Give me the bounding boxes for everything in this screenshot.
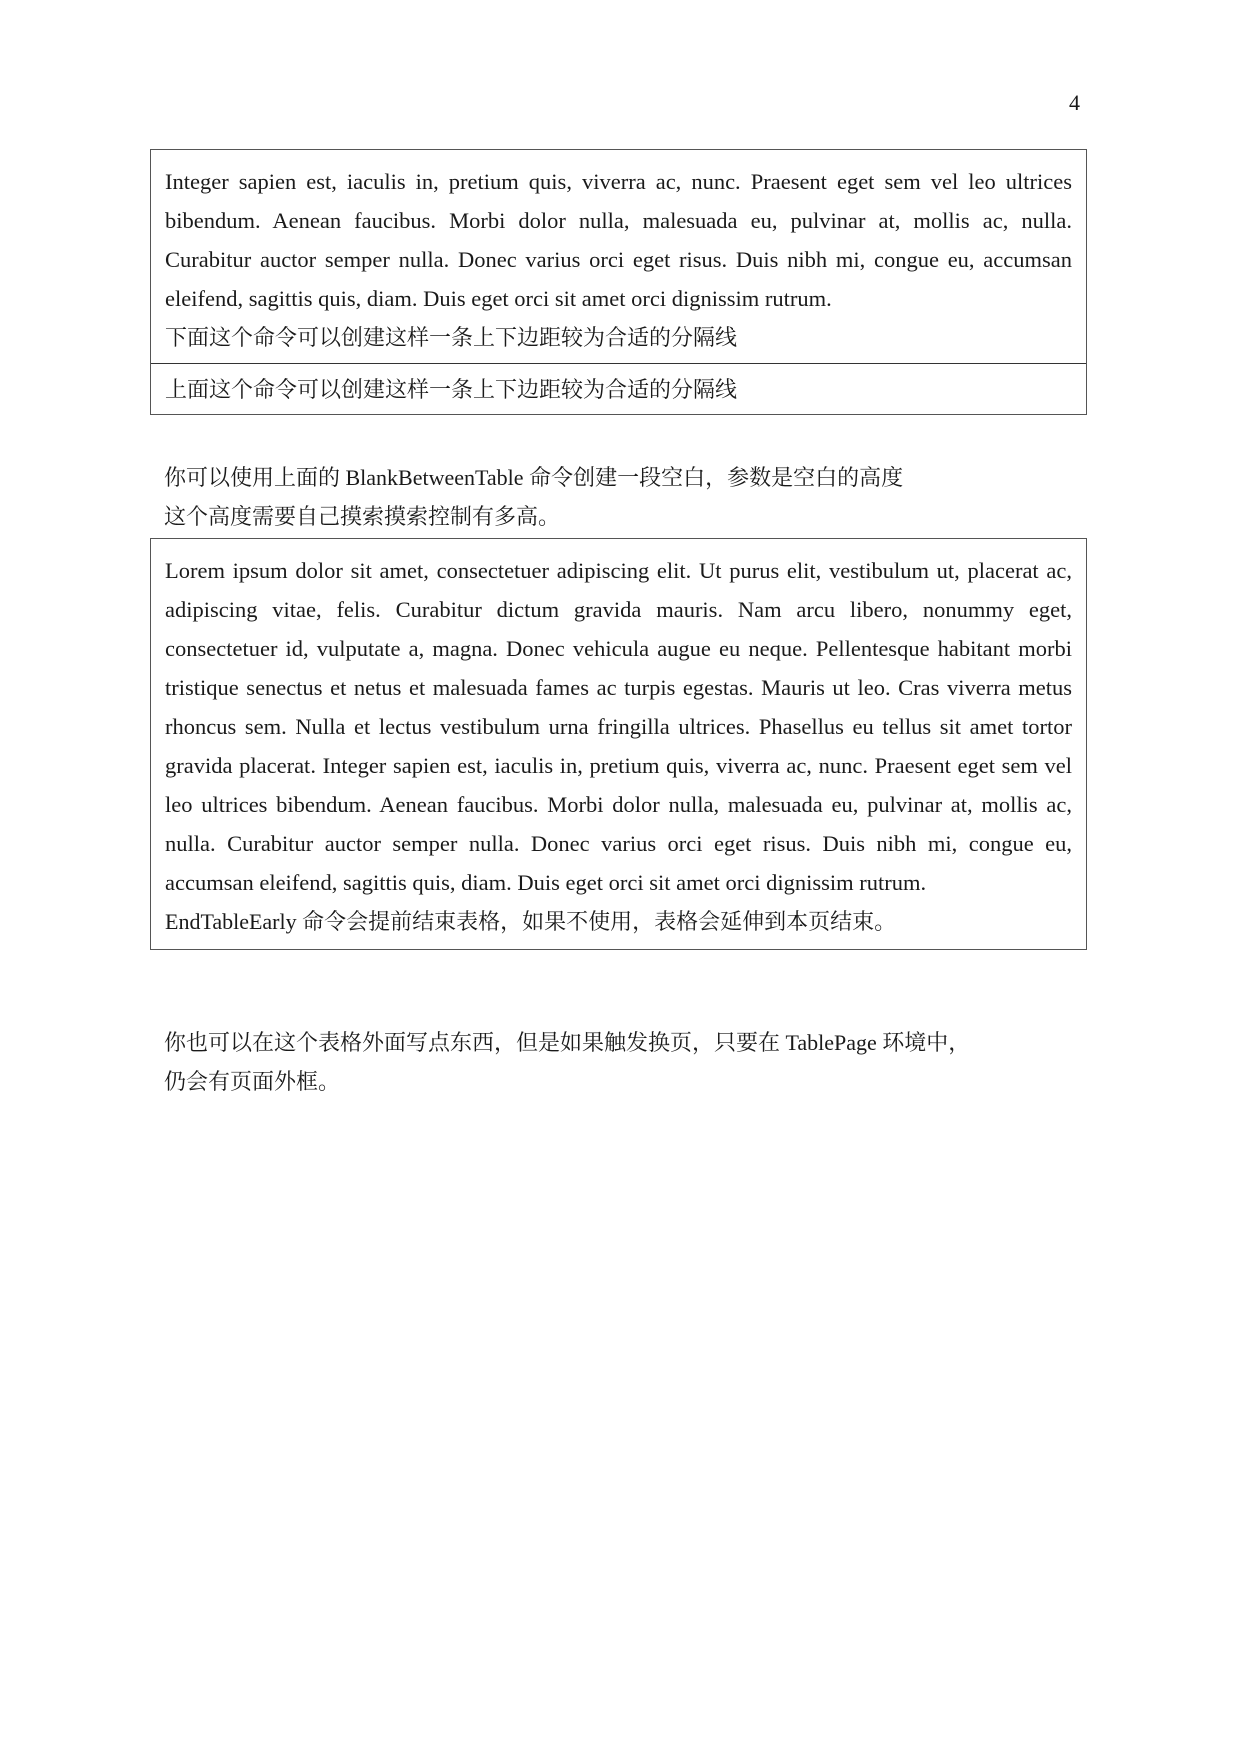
page-frame-note: 仍会有页面外框。 <box>164 1062 1084 1101</box>
lorem-paragraph: Lorem ipsum dolor sit amet, consectetuer… <box>165 551 1072 902</box>
table-cell-lower: 上面这个命令可以创建这样一条上下边距较为合适的分隔线 <box>151 363 1086 414</box>
framed-table-2: Lorem ipsum dolor sit amet, consectetuer… <box>150 538 1087 950</box>
end-table-early-note: EndTableEarly 命令会提前结束表格，如果不使用，表格会延伸到本页结束… <box>165 902 1072 941</box>
lorem-paragraph: Integer sapien est, iaculis in, pretium … <box>165 162 1072 318</box>
divider-note-above: 上面这个命令可以创建这样一条上下边距较为合适的分隔线 <box>165 370 1072 409</box>
blank-between-table-note: 你可以使用上面的 BlankBetweenTable 命令创建一段空白，参数是空… <box>164 458 1084 497</box>
blank-height-note: 这个高度需要自己摸索摸索控制有多高。 <box>164 497 1084 536</box>
after-table-text: 你也可以在这个表格外面写点东西，但是如果触发换页，只要在 TablePage 环… <box>164 1023 1084 1101</box>
outside-table-note: 你也可以在这个表格外面写点东西，但是如果触发换页，只要在 TablePage 环… <box>164 1023 1084 1062</box>
framed-table-1: Integer sapien est, iaculis in, pretium … <box>150 149 1087 415</box>
table-cell: Lorem ipsum dolor sit amet, consectetuer… <box>151 539 1086 949</box>
page-number: 4 <box>1060 90 1080 116</box>
table-cell-upper: Integer sapien est, iaculis in, pretium … <box>151 150 1086 363</box>
between-tables-text: 你可以使用上面的 BlankBetweenTable 命令创建一段空白，参数是空… <box>164 458 1084 536</box>
divider-note-below: 下面这个命令可以创建这样一条上下边距较为合适的分隔线 <box>165 318 1072 357</box>
